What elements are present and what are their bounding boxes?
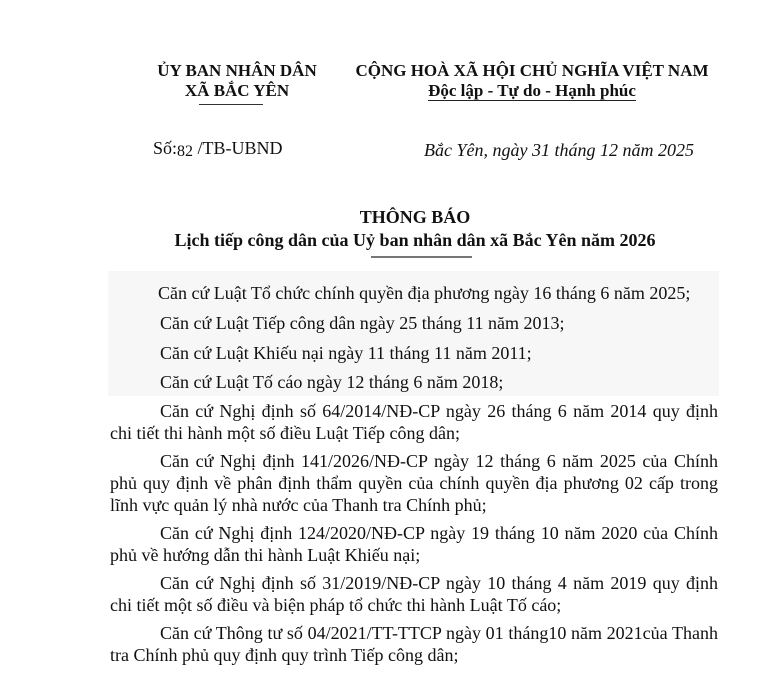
legal-basis-item: Căn cứ Luật Khiếu nại ngày 11 tháng 11 n… [160, 343, 532, 364]
legal-basis-paragraph: Căn cứ Nghị định số 31/2019/NĐ-CP ngày 1… [110, 572, 718, 616]
national-title: CỘNG HOÀ XÃ HỘI CHỦ NGHĨA VIỆT NAM [340, 61, 724, 81]
national-motto: Độc lập - Tự do - Hạnh phúc [340, 81, 724, 101]
document-title: THÔNG BÁO [150, 207, 680, 228]
legal-basis-paragraph: Căn cứ Nghị định 141/2026/NĐ-CP ngày 12 … [110, 450, 718, 516]
legal-basis-paragraph: Căn cứ Nghị định 124/2020/NĐ-CP ngày 19 … [110, 522, 718, 566]
document-subtitle: Lịch tiếp công dân của Uỷ ban nhân dân x… [150, 230, 680, 251]
legal-basis-paragraph: Căn cứ Nghị định số 64/2014/NĐ-CP ngày 2… [110, 400, 718, 444]
title-divider [371, 256, 472, 258]
legal-basis-item: Căn cứ Luật Tổ chức chính quyền địa phươ… [158, 283, 690, 304]
header-divider-left [199, 104, 263, 105]
place-date: Bắc Yên, ngày 31 tháng 12 năm 2025 [424, 140, 694, 161]
commune-name: XÃ BẮC YÊN [132, 81, 342, 101]
legal-basis-item: Căn cứ Luật Tiếp công dân ngày 25 tháng … [160, 313, 565, 334]
issuing-authority: ỦY BAN NHÂN DÂN [132, 61, 342, 81]
legal-basis-item: Căn cứ Luật Tố cáo ngày 12 tháng 6 năm 2… [160, 372, 503, 393]
legal-basis-paragraph: Căn cứ Thông tư số 04/2021/TT-TTCP ngày … [110, 622, 718, 666]
document-number: Số:82 /TB-UBND [153, 138, 283, 159]
